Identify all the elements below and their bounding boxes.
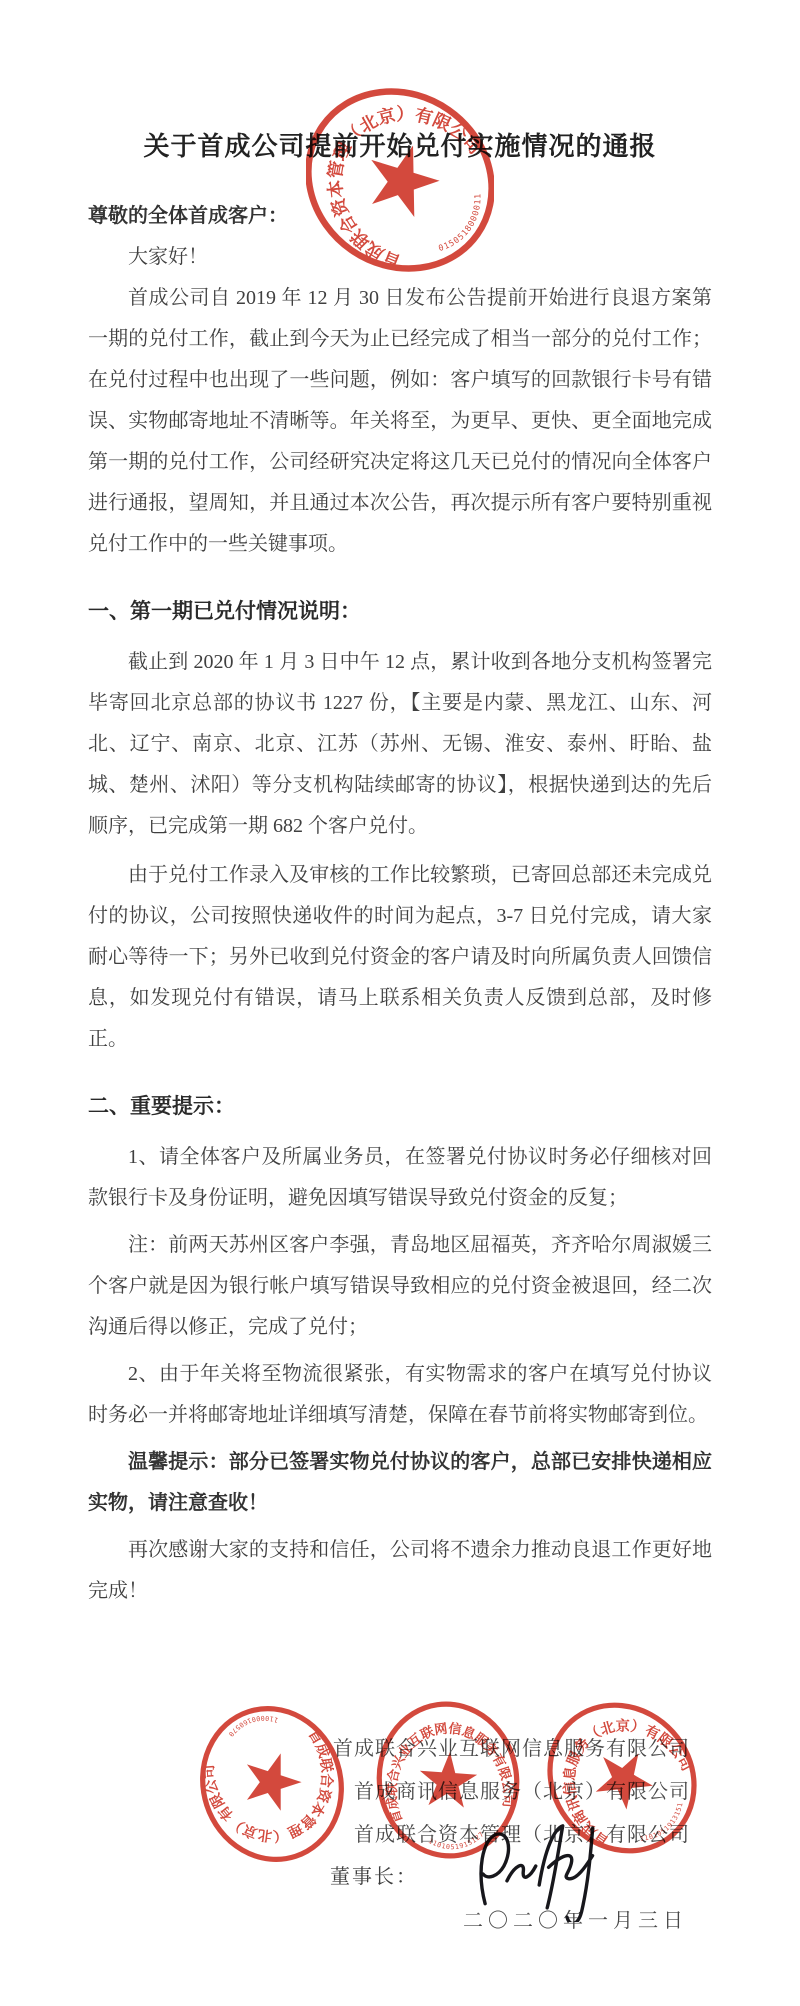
star-icon [418, 1750, 479, 1808]
company-seal-bottom-middle: 首成联合兴业互联网信息服务有限公司 1101051915127 [372, 1698, 524, 1862]
company-seal-top: 首成联合资本管理（北京）有限公司 0150518000011 [306, 78, 494, 282]
section-2-item-1: 1、请全体客户及所属业务员，在签署兑付协议时务必仔细核对回款银行卡及身份证明，避… [88, 1137, 712, 1219]
seal-graphic: 首成联合兴业互联网信息服务有限公司 1101051915127 [372, 1698, 524, 1862]
star-icon [351, 131, 448, 228]
seal-graphic: 首成联合资本管理（北京）有限公司 0150518000011 [306, 78, 494, 282]
company-seal-bottom-left: 首成联合资本管理（北京）有限公司 110000160570 [197, 1702, 347, 1866]
notice-document: 关于首成公司提前开始兑付实施情况的通报 首成联合资本管理（北京）有限公司 015… [0, 0, 800, 2006]
closing-paragraph: 再次感谢大家的支持和信任，公司将不遗余力推动良退工作更好地完成！ [88, 1530, 712, 1612]
star-icon [582, 1738, 661, 1817]
section-2-item-2: 2、由于年关将至物流很紧张，有实物需求的客户在填写兑付协议时务必一并将邮寄地址详… [88, 1354, 712, 1436]
section-1-paragraph-1: 截止到 2020 年 1 月 3 日中午 12 点，累计收到各地分支机构签署完毕… [88, 642, 712, 847]
document-body: 尊敬的全体首成客户： 大家好！ 首成公司自 2019 年 12 月 30 日发布… [88, 196, 712, 1612]
section-2-heading: 二、重要提示： [88, 1086, 712, 1127]
company-seal-bottom-right: 首成商讯信息服务（北京）有限公司 1101051913151 [546, 1696, 698, 1860]
section-2-note: 注：前两天苏州区客户李强，青岛地区屈福英，齐齐哈尔周淑媛三个客户就是因为银行帐户… [88, 1225, 712, 1348]
intro-paragraph: 首成公司自 2019 年 12 月 30 日发布公告提前开始进行良退方案第一期的… [88, 278, 712, 565]
warm-tip-paragraph: 温馨提示：部分已签署实物兑付协议的客户，总部已安排快递相应实物，请注意查收！ [88, 1442, 712, 1524]
section-1-paragraph-2: 由于兑付工作录入及审核的工作比较繁琐，已寄回总部还未完成兑付的协议，公司按照快递… [88, 855, 712, 1060]
section-1-heading: 一、第一期已兑付情况说明： [88, 591, 712, 632]
seal-graphic: 首成联合资本管理（北京）有限公司 110000160570 [197, 1702, 347, 1866]
star-icon [237, 1750, 308, 1820]
seal-graphic: 首成商讯信息服务（北京）有限公司 1101051913151 [546, 1696, 698, 1860]
